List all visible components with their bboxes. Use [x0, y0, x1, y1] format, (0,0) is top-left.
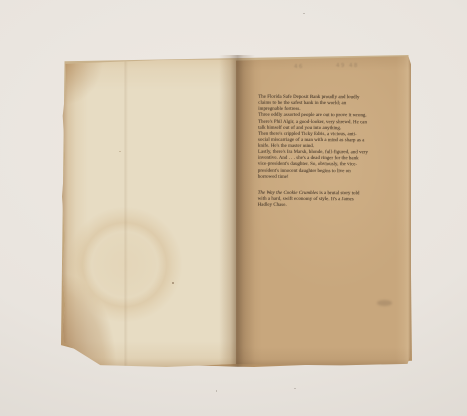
dust-speck: [294, 388, 296, 389]
pencil-smudge: [377, 300, 392, 306]
dust-speck: [216, 390, 217, 392]
pencil-mark: 46: [294, 64, 304, 70]
blurb-paragraph: There's Phil Algir, a good-looker, very …: [258, 119, 368, 132]
blurb-paragraph: Lastly, there's Ira Marsh, blonde, full-…: [258, 150, 368, 181]
blurb-paragraph: Three oddly assorted people are out to p…: [258, 113, 368, 120]
blurb-paragraph: Then there's crippled Ticky Edris, a vic…: [258, 131, 368, 150]
book-title-italic: The Way the Cookie Crumbles: [258, 190, 318, 195]
book-blurb-text: The Florida Safe Deposit Bank proudly an…: [258, 95, 369, 210]
paper-speck: [172, 282, 174, 284]
right-page-with-blurb: 46 49 48 The Florida Safe Deposit Bank p…: [236, 55, 411, 366]
paper-speck: [119, 151, 121, 152]
photo-of-open-book: 46 49 48 The Florida Safe Deposit Bank p…: [0, 0, 467, 416]
blurb-paragraph: The Florida Safe Deposit Bank proudly an…: [258, 95, 368, 114]
blurb-closing-paragraph: The Way the Cookie Crumbles is a brutal …: [258, 190, 368, 209]
pencil-mark: 49 48: [336, 63, 359, 69]
left-page-blank-stained: [62, 57, 236, 367]
dust-speck: [303, 13, 305, 14]
